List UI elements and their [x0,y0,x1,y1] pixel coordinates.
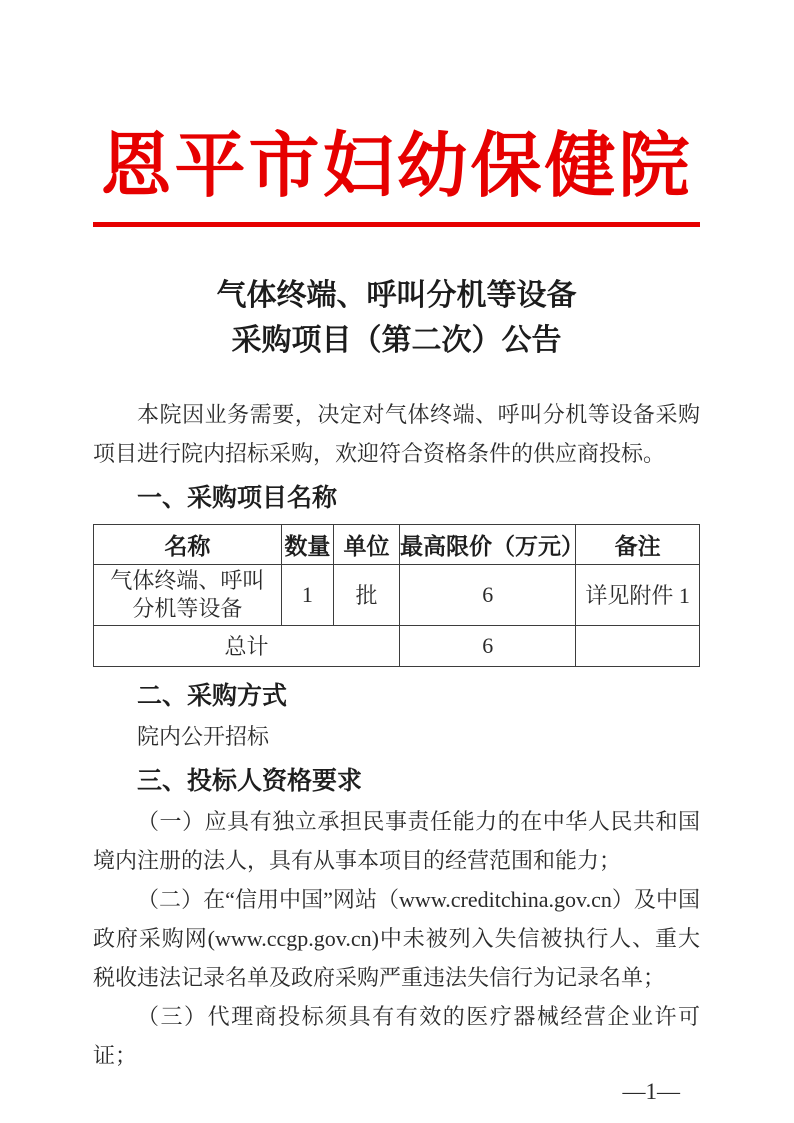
table-header-row: 名称 数量 单位 最高限价（万元） 备注 [94,524,700,564]
letterhead-rule [93,222,700,227]
document-title: 气体终端、呼叫分机等设备 采购项目（第二次）公告 [93,273,700,363]
cell-item-max-price: 6 [400,564,576,625]
table-total-row: 总计 6 [94,625,700,666]
cell-total-note [576,625,700,666]
column-header-unit: 单位 [333,524,399,564]
cell-total-label: 总计 [94,625,400,666]
column-header-max-price: 最高限价（万元） [400,524,576,564]
letterhead-org-name: 恩平市妇幼保健院 [93,126,700,210]
table-row: 气体终端、呼叫分机等设备 1 批 6 详见附件 1 [94,564,700,625]
cell-total-max-price: 6 [400,625,576,666]
section-2-heading: 二、采购方式 [93,675,700,717]
section-3-heading: 三、投标人资格要求 [93,760,700,802]
column-header-quantity: 数量 [281,524,333,564]
intro-paragraph: 本院因业务需要，决定对气体终端、呼叫分机等设备采购项目进行院内招标采购，欢迎符合… [93,395,700,473]
page-number: —1— [93,1079,700,1105]
requirement-item-3: （三）代理商投标须具有有效的医疗器械经营企业许可证； [93,997,700,1075]
procurement-method-text: 院内公开招标 [93,717,700,756]
document-title-line1: 气体终端、呼叫分机等设备 [93,273,700,318]
requirement-item-2: （二）在“信用中国”网站（www.creditchina.gov.cn）及中国政… [93,880,700,997]
column-header-note: 备注 [576,524,700,564]
requirement-item-1: （一）应具有独立承担民事责任能力的在中华人民共和国境内注册的法人，具有从事本项目… [93,802,700,880]
cell-item-unit: 批 [333,564,399,625]
section-1-heading: 一、采购项目名称 [93,477,700,519]
cell-item-name: 气体终端、呼叫分机等设备 [94,564,282,625]
procurement-table: 名称 数量 单位 最高限价（万元） 备注 气体终端、呼叫分机等设备 1 批 6 … [93,524,700,667]
column-header-name: 名称 [94,524,282,564]
cell-item-quantity: 1 [281,564,333,625]
document-title-line2: 采购项目（第二次）公告 [93,318,700,363]
cell-item-note: 详见附件 1 [576,564,700,625]
